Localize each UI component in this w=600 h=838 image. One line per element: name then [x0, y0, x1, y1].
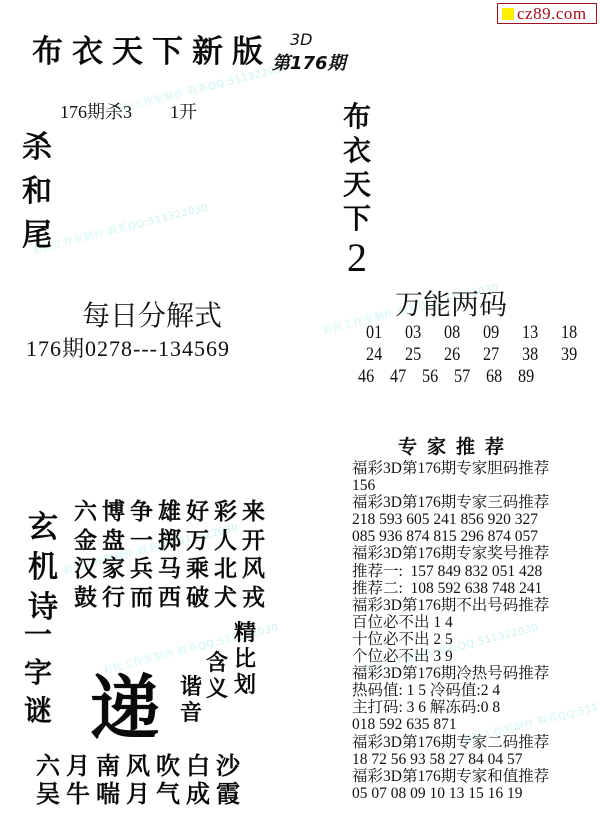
universal-two-title: 万能两码: [395, 283, 507, 323]
expert-line: 热码值: 1 5 冷码值:2 4: [352, 682, 549, 699]
expert-line: 218 593 605 241 856 920 327: [352, 511, 549, 528]
vertical-char: 衣: [343, 134, 371, 168]
right-vertical-number: 2: [347, 236, 367, 280]
number-cell: 01: [366, 322, 399, 344]
poem-line: 金盘一掷万人开: [74, 527, 270, 556]
vertical-char: 下: [343, 202, 371, 236]
vertical-char: 字: [24, 654, 52, 692]
hint-char: 义: [206, 676, 228, 702]
number-row: 01 03 08 09 13 18 19?: [366, 322, 600, 344]
number-cell: 09: [483, 322, 516, 344]
number-cell: 03: [405, 322, 438, 344]
site-badge[interactable]: cz89.com: [497, 3, 597, 24]
expert-line: 018 592 635 871: [352, 716, 549, 733]
riddle-character: 递: [90, 652, 160, 753]
vertical-char: 一: [24, 616, 52, 654]
kill-line: 176期杀31开: [60, 98, 197, 124]
riddle-hint-col2: 含 义: [206, 650, 228, 702]
hint-char: 划: [234, 672, 256, 698]
kill-line-left: 176期杀3: [60, 102, 132, 122]
poem-lines: 六博争雄好彩来 金盘一掷万人开 汉家兵马乘北风 鼓行而西破犬戎: [74, 498, 270, 612]
vertical-char: 杀: [22, 126, 52, 170]
number-cell: 39: [561, 344, 594, 366]
hint-char: 音: [180, 700, 202, 726]
number-cell: 24: [366, 344, 399, 366]
expert-title: 专家推荐: [398, 432, 514, 459]
closing-poem: 六月南风吹白沙 吴牛喘月气成霞: [36, 752, 246, 808]
expert-line: 推荐一: 157 849 832 051 428: [352, 563, 549, 580]
vertical-char: 布: [343, 100, 371, 134]
riddle-hint-col1: 谐 音: [180, 674, 202, 726]
number-cell: 46: [358, 366, 385, 388]
expert-line: 18 72 56 93 58 27 84 04 57: [352, 751, 549, 768]
poem-heading: 玄 机 诗: [28, 508, 58, 628]
number-cell: 68: [486, 366, 513, 388]
site-badge-text: cz89.com: [517, 4, 587, 24]
number-row: 24 25 26 27 38 39 45?: [366, 344, 600, 366]
number-cell: 89: [518, 366, 545, 388]
issue-label: 第176期: [272, 49, 346, 75]
vertical-char: 玄: [28, 508, 58, 548]
expert-line: 福彩3D第176期冷热号码推荐: [352, 665, 549, 682]
number-cell: 26: [444, 344, 477, 366]
hint-char: 比: [234, 646, 256, 672]
number-cell: 38: [522, 344, 555, 366]
hint-char: 精: [234, 620, 256, 646]
vertical-char: 和: [22, 170, 52, 214]
closing-poem-line: 六月南风吹白沙: [36, 752, 246, 780]
expert-line: 福彩3D第176期专家二码推荐: [352, 734, 549, 751]
vertical-char: 机: [28, 548, 58, 588]
riddle-heading: 一 字 谜: [24, 616, 52, 730]
number-cell: 57: [454, 366, 481, 388]
watermark-text: 彩民工作室制作 联系QQ:511322030: [31, 198, 210, 256]
hint-char: 含: [206, 650, 228, 676]
daily-value: 176期0278---134569: [26, 332, 230, 363]
expert-line: 个位必不出 3 9: [352, 648, 549, 665]
expert-line: 05 07 08 09 10 13 15 16 19: [352, 785, 549, 802]
poem-line: 鼓行而西破犬戎: [74, 584, 270, 613]
number-cell: 47: [390, 366, 417, 388]
expert-line: 推荐二: 108 592 638 748 241: [352, 580, 549, 597]
expert-line: 主打码: 3 6 解冻码:0 8: [352, 699, 549, 716]
expert-line: 156: [352, 477, 549, 494]
page-title: 布衣天下新版: [32, 26, 272, 71]
expert-line: 福彩3D第176期专家胆码推荐: [352, 460, 549, 477]
poem-line: 汉家兵马乘北风: [74, 555, 270, 584]
number-cell: 25: [405, 344, 438, 366]
vertical-char: 尾: [22, 214, 52, 258]
kill-vertical-label: 杀 和 尾: [22, 126, 52, 258]
riddle-hint-col3: 精 比 划: [234, 620, 256, 698]
kill-line-right: 1开: [170, 102, 197, 122]
vertical-char: 谜: [24, 692, 52, 730]
poem-line: 六博争雄好彩来: [74, 498, 270, 527]
expert-line: 085 936 874 815 296 874 057: [352, 528, 549, 545]
right-vertical-block: 布 衣 天 下 2: [343, 100, 371, 280]
number-row: 46 47 56 57 68 89: [358, 366, 600, 388]
expert-list: 福彩3D第176期专家胆码推荐 156 福彩3D第176期专家三码推荐 218 …: [352, 460, 549, 802]
expert-line: 福彩3D第176期专家三码推荐: [352, 494, 549, 511]
universal-two-grid: 01 03 08 09 13 18 19? 24 25 26 27 38 39 …: [358, 322, 600, 388]
expert-line: 福彩3D第176期不出号码推荐: [352, 597, 549, 614]
expert-line: 十位必不出 2 5: [352, 631, 549, 648]
expert-line: 福彩3D第176期专家奖号推荐: [352, 545, 549, 562]
number-cell: 13: [522, 322, 555, 344]
expert-line: 百位必不出 1 4: [352, 614, 549, 631]
vertical-char: 天: [343, 168, 371, 202]
closing-poem-line: 吴牛喘月气成霞: [36, 780, 246, 808]
number-cell: 18: [561, 322, 594, 344]
daily-title: 每日分解式: [82, 294, 222, 334]
number-cell: 27: [483, 344, 516, 366]
hint-char: 谐: [180, 674, 202, 700]
expert-line: 福彩3D第176期专家和值推荐: [352, 768, 549, 785]
number-cell: 08: [444, 322, 477, 344]
yellow-square-icon: [502, 8, 514, 20]
game-label: 3D: [290, 30, 313, 49]
number-cell: 56: [422, 366, 449, 388]
